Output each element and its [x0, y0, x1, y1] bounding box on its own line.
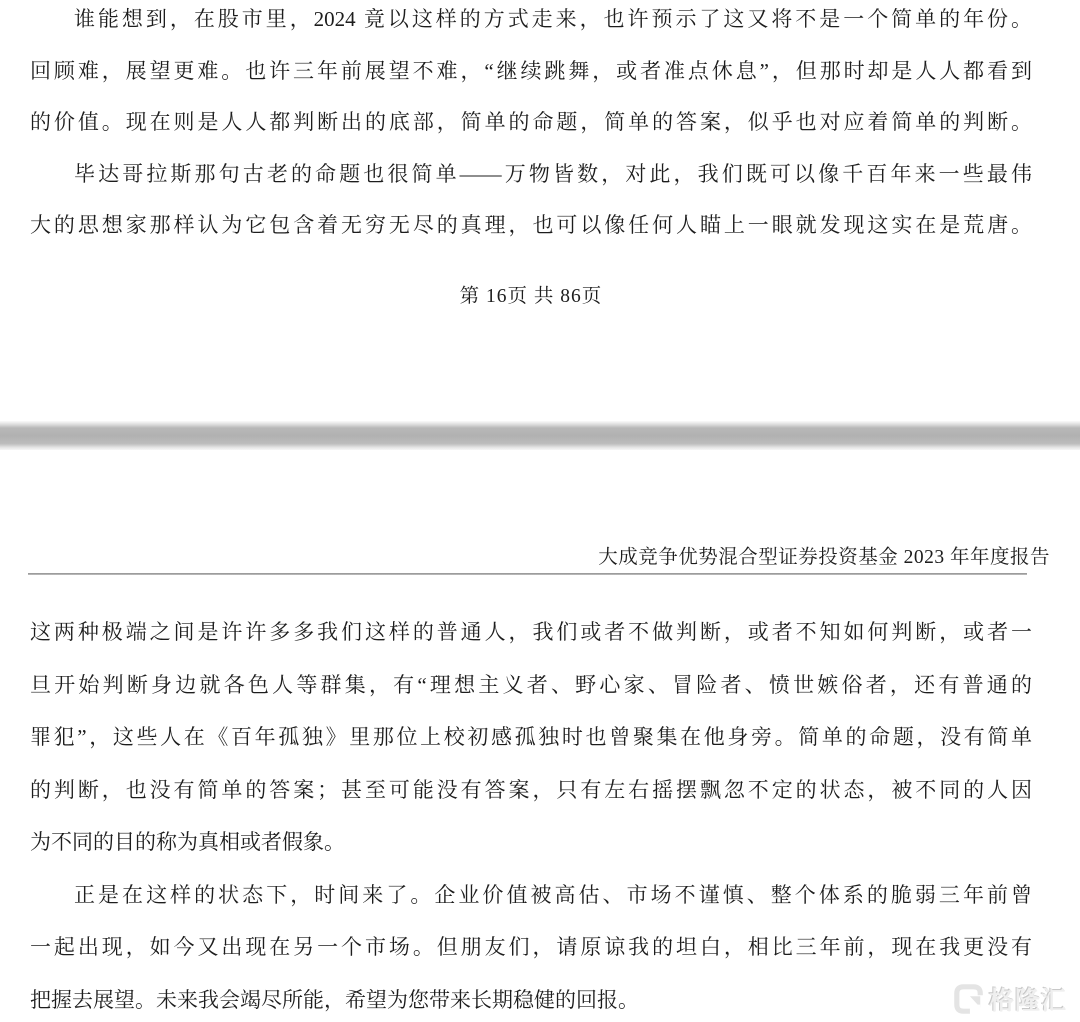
document-view: 谁能想到，在股市里，2024 竟以这样的方式走来，也许预示了这又将不是一个简单的…: [0, 0, 1080, 1022]
text-line: 一起出现，如今又出现在另一个市场。但朋友们，请原谅我的坦白，相比三年前，现在我更…: [30, 921, 1032, 974]
text-line: 这两种极端之间是许许多多我们这样的普通人，我们或者不做判断，或者不知如何判断，或…: [30, 606, 1032, 659]
watermark-brand-text: 格隆汇: [989, 981, 1067, 1017]
text-line: 毕达哥拉斯那句古老的命题也很简单——万物皆数，对此，我们既可以像千百年来一些最伟: [30, 149, 1032, 201]
gelonghui-watermark: 格隆汇: [954, 981, 1067, 1017]
text-line: 正是在这样的状态下，时间来了。企业价值被高估、市场不谨慎、整个体系的脆弱三年前曾: [30, 869, 1032, 922]
gelonghui-logo-icon: [954, 984, 984, 1014]
header-rule: [28, 573, 1027, 575]
text-line: 把握去展望。未来我会竭尽所能，希望为您带来长期稳健的回报。: [30, 974, 1032, 1022]
text-line: 为不同的目的称为真相或者假象。: [30, 816, 1032, 869]
text-line: 回顾难，展望更难。也许三年前展望不难，“继续跳舞，或者准点休息”，但那时却是人人…: [30, 46, 1032, 98]
text-line: 大的思想家那样认为它包含着无穷无尽的真理，也可以像任何人瞄上一眼就发现这实在是荒…: [30, 200, 1032, 252]
text-line: 罪犯”，这些人在《百年孤独》里那位上校初感孤独时也曾聚集在他身旁。简单的命题，没…: [30, 711, 1032, 764]
text-line: 的判断，也没有简单的答案；甚至可能没有答案，只有左右摇摆飘忽不定的状态，被不同的…: [30, 764, 1032, 817]
report-header-title: 大成竞争优势混合型证券投资基金 2023 年年度报告: [598, 541, 1050, 569]
text-line: 旦开始判断身边就各色人等群集，有“理想主义者、野心家、冒险者、愤世嫉俗者，还有普…: [30, 659, 1032, 712]
page2-body-text: 这两种极端之间是许许多多我们这样的普通人，我们或者不做判断，或者不知如何判断，或…: [30, 606, 1032, 1022]
page-break-divider: [0, 421, 1080, 450]
page-number-footer: 第 16页 共 86页: [30, 283, 1032, 311]
page1-body-text: 谁能想到，在股市里，2024 竟以这样的方式走来，也许预示了这又将不是一个简单的…: [30, 0, 1032, 252]
text-line: 的价值。现在则是人人都判断出的底部，简单的命题，简单的答案，似乎也对应着简单的判…: [30, 97, 1032, 149]
text-line: 谁能想到，在股市里，2024 竟以这样的方式走来，也许预示了这又将不是一个简单的…: [30, 0, 1032, 46]
